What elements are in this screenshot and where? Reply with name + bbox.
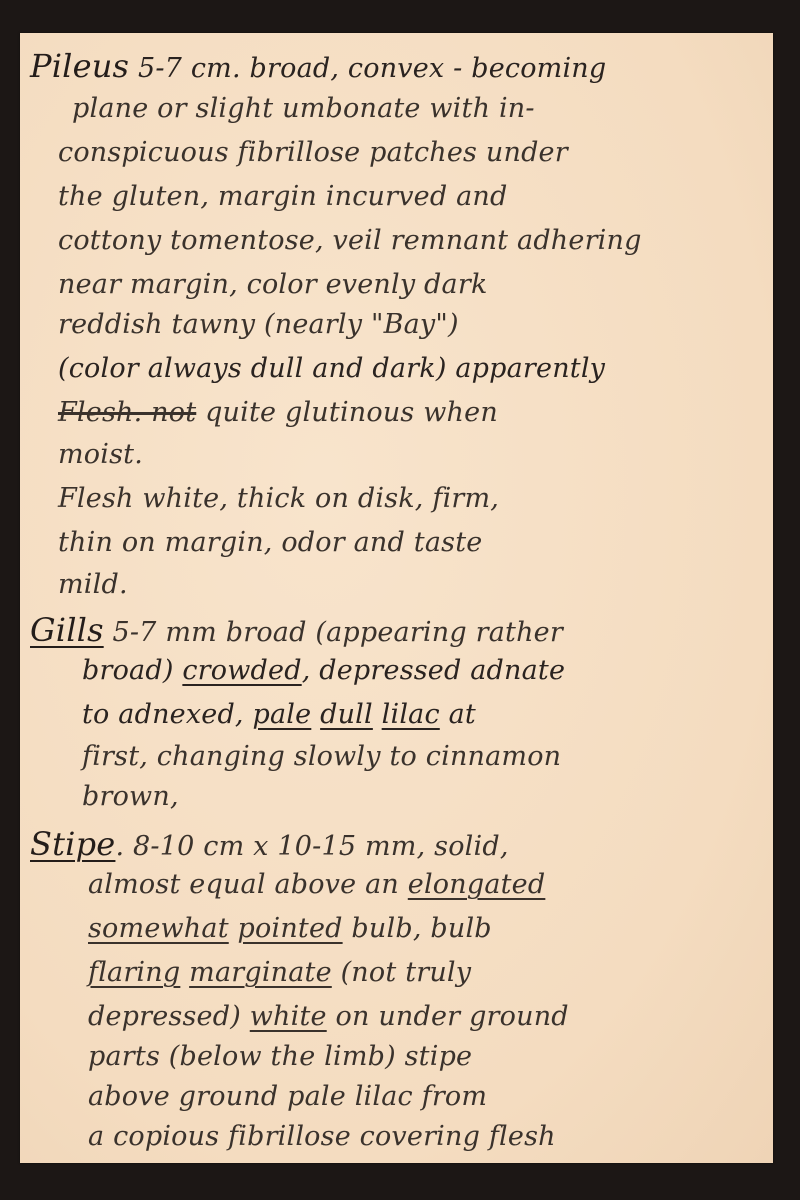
stipe-heading: Stipe <box>30 825 115 863</box>
pileus-line-3: conspicuous fibrillose patches under <box>58 137 568 168</box>
stipe-line-5: depressed) white on under ground <box>88 1001 569 1032</box>
gills-line-3: to adnexed, pale dull lilac at <box>82 699 476 730</box>
pileus-line-6: near margin, color evenly dark <box>58 269 488 300</box>
struck-through-text: Flesh. not <box>58 397 196 428</box>
pileus-line-8: (color always dull and dark) apparently <box>58 353 605 384</box>
stipe-line-7: above ground pale lilac from <box>88 1081 487 1112</box>
gills-line-1: Gills 5-7 mm broad (appearing rather <box>30 611 563 649</box>
pileus-line-4: the gluten, margin incurved and <box>58 181 508 212</box>
pileus-text: 5-7 cm. broad, convex - becoming <box>138 53 606 84</box>
flesh-line-1: Flesh white, thick on disk, firm, <box>58 483 499 514</box>
stipe-line-1: Stipe. 8-10 cm x 10-15 mm, solid, <box>30 825 509 863</box>
underlined-elongated: elongated <box>408 869 546 900</box>
underlined-flaring: flaring <box>88 957 180 988</box>
stipe-line-8: a copious fibrillose covering flesh <box>88 1121 556 1152</box>
underlined-pointed: pointed <box>238 913 343 944</box>
underlined-dull: dull <box>320 699 373 730</box>
pileus-line-10: moist. <box>58 439 143 470</box>
pileus-line-9: Flesh. not quite glutinous when <box>58 397 498 428</box>
gills-heading: Gills <box>30 611 104 649</box>
underlined-marginate: marginate <box>189 957 332 988</box>
flesh-line-3: mild. <box>58 569 128 600</box>
underlined-pale: pale <box>253 699 312 730</box>
underlined-lilac: lilac <box>382 699 440 730</box>
gills-line-5: brown, <box>82 781 179 812</box>
underlined-somewhat: somewhat <box>88 913 229 944</box>
underlined-crowded: crowded <box>182 655 301 686</box>
underlined-white: white <box>250 1001 327 1032</box>
gills-line-2: broad) crowded, depressed adnate <box>82 655 565 686</box>
stipe-line-4: flaring marginate (not truly <box>88 957 471 988</box>
flesh-line-2: thin on margin, odor and taste <box>58 527 482 558</box>
pileus-line-2: plane or slight umbonate with in- <box>72 93 535 124</box>
pileus-line-1: Pileus 5-7 cm. broad, convex - becoming <box>30 47 606 85</box>
pileus-heading: Pileus <box>30 47 129 85</box>
gills-line-4: first, changing slowly to cinnamon <box>82 741 561 772</box>
pileus-line-5: cottony tomentose, veil remnant adhering <box>58 225 642 256</box>
stipe-line-2: almost equal above an elongated <box>88 869 545 900</box>
index-card: Pileus 5-7 cm. broad, convex - becoming … <box>20 33 773 1163</box>
stipe-line-6: parts (below the limb) stipe <box>88 1041 472 1072</box>
pileus-line-7: reddish tawny (nearly "Bay") <box>58 309 459 340</box>
stipe-line-3: somewhat pointed bulb, bulb <box>88 913 492 944</box>
